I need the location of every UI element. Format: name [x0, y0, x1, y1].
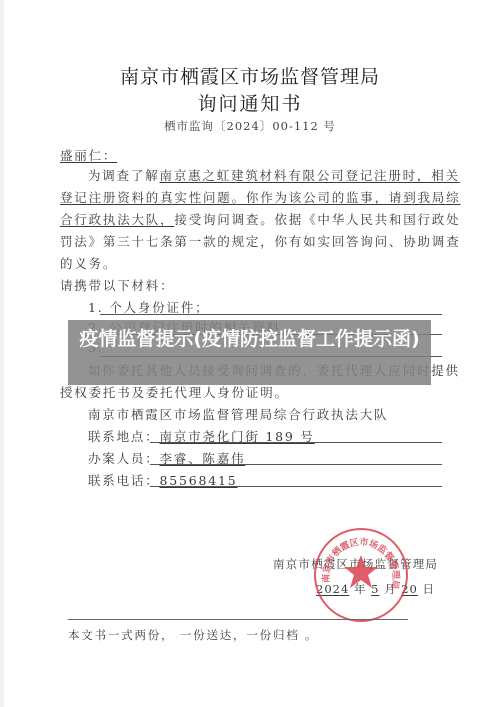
case-officers-underline [150, 464, 442, 465]
agency-title: 南京市栖霞区市场监督管理局 [0, 62, 500, 89]
contact-unit: 南京市栖霞区市场监督管理局综合行政执法大队 [88, 405, 388, 423]
materials-heading: 请携带以下材料： [60, 276, 174, 294]
document-number: 栖市监询〔2024〕00-112 号 [0, 118, 500, 134]
unit-underlined: 合行政执法大队， [60, 212, 174, 227]
material-number: 1. [88, 300, 104, 315]
seal-ring-text: 南京市栖霞区市场监督管理局 [316, 530, 406, 620]
footer-divider [68, 619, 408, 620]
contact-address-underline [150, 442, 442, 443]
material-1-underline [100, 314, 442, 315]
paragraph1-line3-rest: 接受询问调查。依据《中华人民共和国行政处 [174, 212, 460, 227]
caption-overlay: 疫情监督提示(疫情防控监督工作提示函) [68, 320, 431, 385]
paragraph1-line1: 为调查了解南京惠之虹建筑材料有限公司登记注册时，相关 [88, 166, 460, 184]
delegation-line2: 授权委托书及委托代理人身份证明。 [60, 383, 289, 401]
salutation: 盛丽仁： [60, 146, 117, 164]
paragraph1-line5: 的义务。 [60, 254, 117, 272]
material-text: 个人身份证件； [109, 300, 209, 315]
date-day-unit: 日 [423, 582, 436, 596]
company-name-underlined: 南京惠之虹建筑材料有限公司登记注册时，相关 [160, 168, 460, 183]
svg-text:南京市栖霞区市场监督管理局: 南京市栖霞区市场监督管理局 [320, 536, 401, 590]
contact-address-label: 联系地点： [88, 429, 160, 444]
paragraph1-line3: 合行政执法大队，接受询问调查。依据《中华人民共和国行政处 [60, 210, 460, 228]
official-seal-stamp: 南京市栖霞区市场监督管理局 [314, 528, 408, 622]
document-type-title: 询问通知书 [0, 89, 500, 116]
paragraph1-line2: 登记注册资料的真实性问题。你作为该公司的监事，请到我局综 [60, 188, 460, 206]
paragraph1-line4: 罚法》第三十七条第一款的规定，你有如实回答询问、协助调查 [60, 232, 460, 250]
contact-phone-label: 联系电话： [88, 473, 160, 488]
overlay-caption: 疫情监督提示(疫情防控监督工作提示函) [68, 326, 431, 352]
contact-phone-underline [150, 486, 442, 487]
footer-note: 本文书一式两份， 一份送达，一份归档 。 [68, 627, 318, 643]
paragraph1-prefix: 为调查了解 [88, 168, 160, 183]
case-officers-label: 办案人员： [88, 451, 160, 466]
